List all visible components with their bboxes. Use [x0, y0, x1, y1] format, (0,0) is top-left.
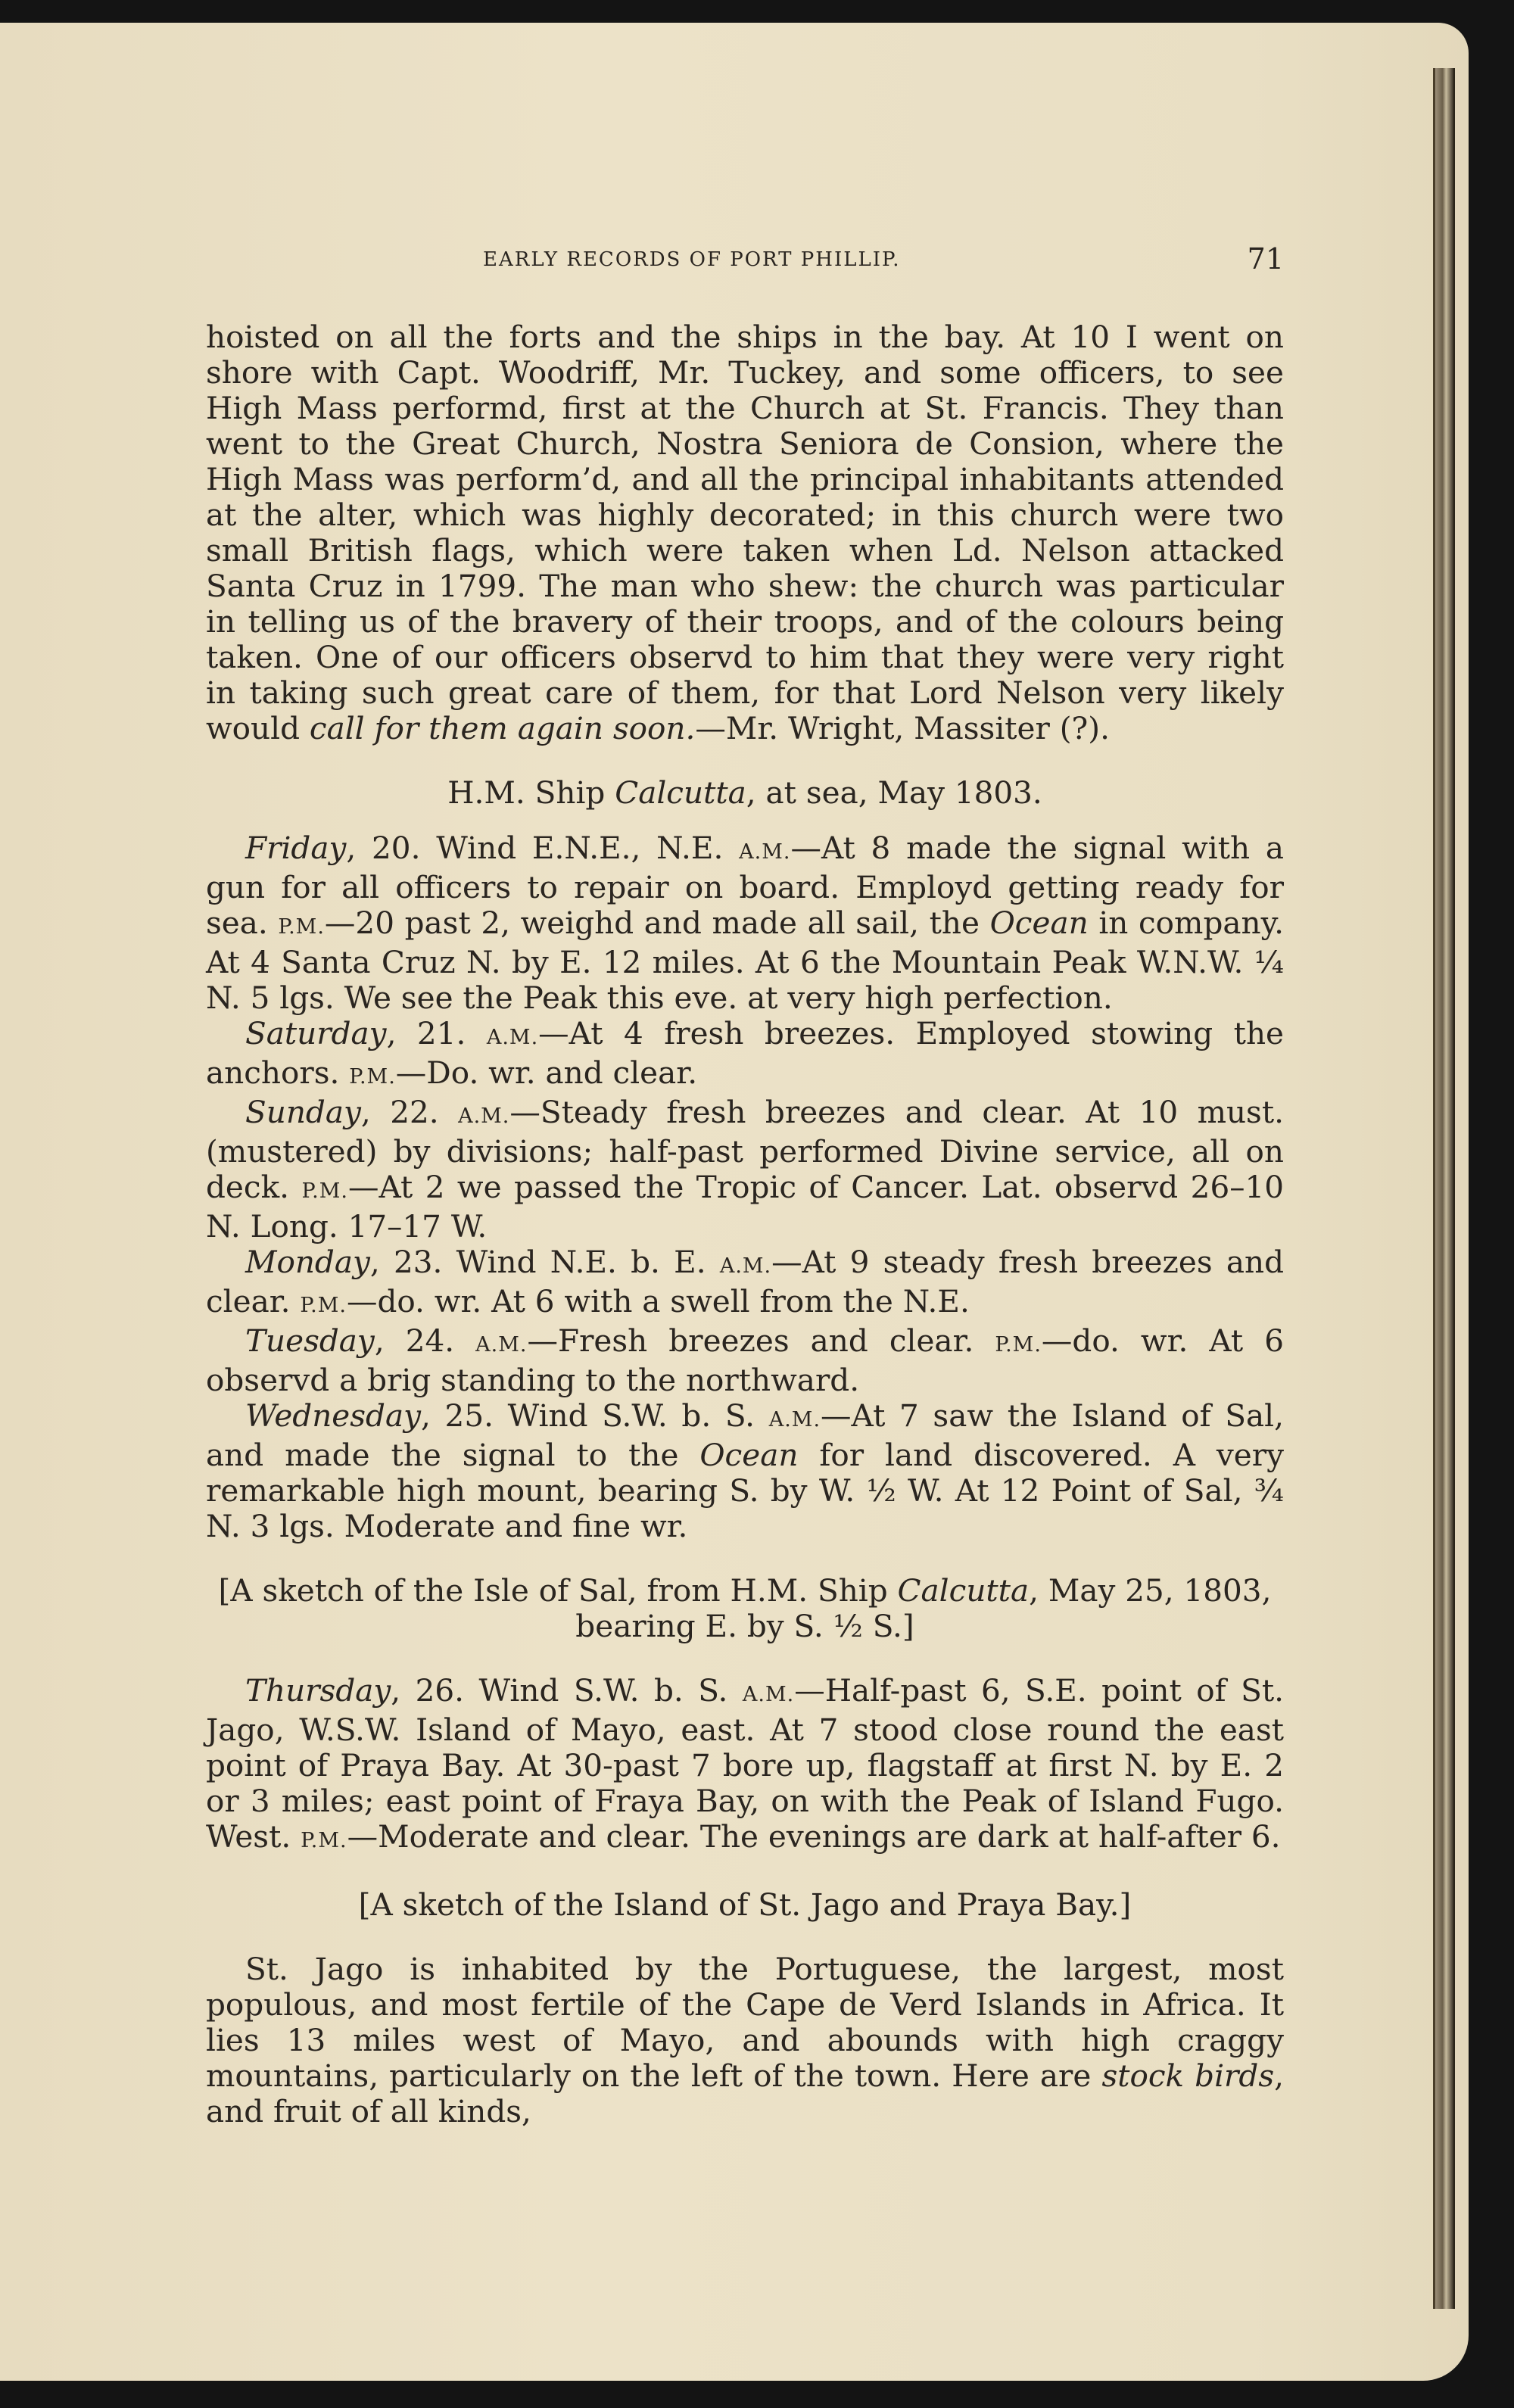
body-text: hoisted on all the forts and the ships i… [206, 319, 1284, 2129]
log-entry-thursday: Thursday, 26. Wind S.W. b. S. A.M.—Half-… [206, 1673, 1284, 1858]
sketch-caption-st-jago: [A sketch of the Island of St. Jago and … [206, 1887, 1284, 1923]
sketch-caption-sal: [A sketch of the Isle of Sal, from H.M. … [206, 1573, 1284, 1644]
running-title: EARLY RECORDS OF PORT PHILLIP. [483, 248, 901, 271]
log-entry-friday: Friday, 20. Wind E.N.E., N.E. A.M.—At 8 … [206, 830, 1284, 1016]
log-entry-sunday: Sunday, 22. A.M.—Steady fresh breezes an… [206, 1095, 1284, 1244]
book-page: EARLY RECORDS OF PORT PHILLIP. 71 hoiste… [0, 23, 1469, 2381]
section-heading: H.M. Ship Calcutta, at sea, May 1803. [206, 775, 1284, 811]
page-fore-edge [1433, 68, 1455, 2309]
paragraph-continued: hoisted on all the forts and the ships i… [206, 319, 1284, 746]
log-entry-wednesday: Wednesday, 25. Wind S.W. b. S. A.M.—At 7… [206, 1398, 1284, 1544]
log-entry-tuesday: Tuesday, 24. A.M.—Fresh breezes and clea… [206, 1323, 1284, 1398]
log-entry-monday: Monday, 23. Wind N.E. b. E. A.M.—At 9 st… [206, 1244, 1284, 1323]
paragraph-st-jago: St. Jago is inhabited by the Portuguese,… [206, 1952, 1284, 2129]
running-head: EARLY RECORDS OF PORT PHILLIP. 71 [206, 248, 1284, 279]
page-number: 71 [1248, 242, 1284, 276]
log-entry-saturday: Saturday, 21. A.M.—At 4 fresh breezes. E… [206, 1016, 1284, 1095]
